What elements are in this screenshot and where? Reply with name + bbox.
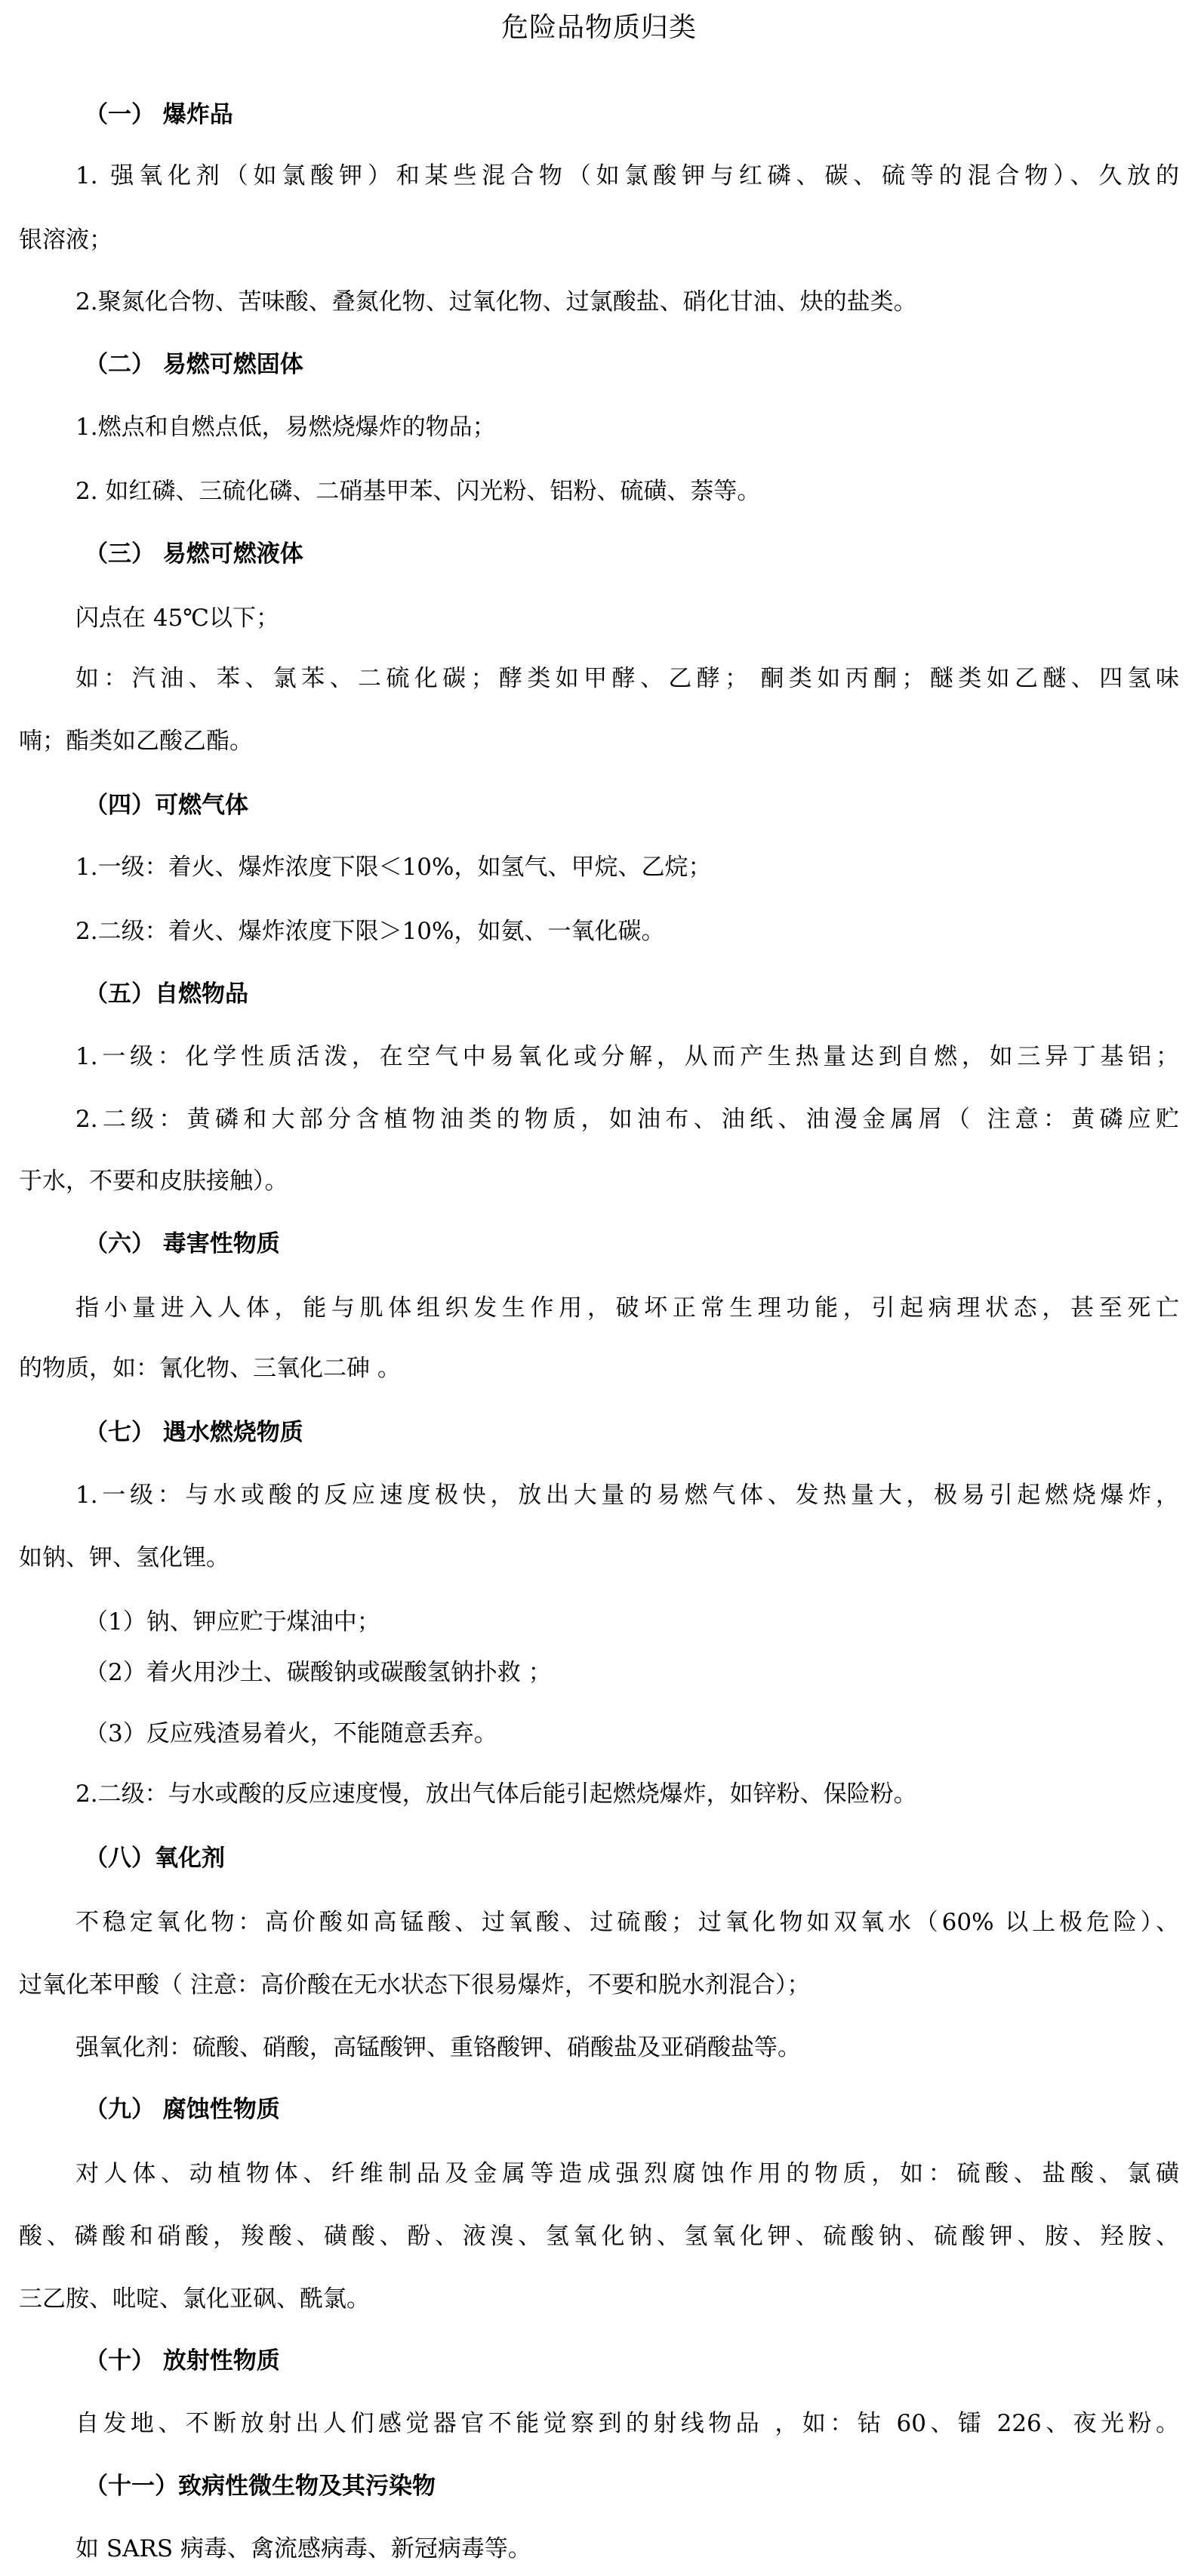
paragraph-line: 1.一级：着火、爆炸浓度下限＜10%，如氢气、甲烷、乙烷； — [75, 852, 711, 882]
section-heading-toxic-substances: （六） 毒害性物质 — [85, 1229, 280, 1259]
section-heading-flammable-gases: （四）可燃气体 — [85, 790, 248, 820]
paragraph-line: 酸、磷酸和硝酸，羧酸、磺酸、酚、液溴、氢氧化钠、氢氧化钾、硫酸钠、硫酸钾、胺、羟… — [19, 2221, 1179, 2251]
paragraph-line: 喃；酯类如乙酸乙酯。 — [19, 726, 253, 756]
sub-item-line: （2）着火用沙土、碳酸钠或碳酸氢钠扑救 ； — [85, 1657, 552, 1688]
document-page: 危险品物质归类 （一） 爆炸品 1. 强氧化剂（如氯酸钾）和某些混合物（如氯酸钾… — [0, 0, 1198, 2576]
paragraph-line: 2.二级：黄磷和大部分含植物油类的物质，如油布、油纸、油漫金属屑（ 注意：黄磷应… — [75, 1104, 1179, 1134]
paragraph-line: 1.一级：与水或酸的反应速度极快，放出大量的易燃气体、发热量大，极易引起燃烧爆炸… — [75, 1480, 1179, 1510]
paragraph-line: 对人体、动植物体、纤维制品及金属等造成强烈腐蚀作用的物质，如：硫酸、盐酸、氯磺 — [75, 2159, 1179, 2189]
paragraph-line: 1. 强氧化剂（如氯酸钾）和某些混合物（如氯酸钾与红磷、碳、硫等的混合物）、久放… — [75, 161, 1179, 191]
paragraph-line: 银溶液； — [19, 225, 112, 255]
paragraph-line: 1.一级：化学性质活泼，在空气中易氧化或分解，从而产生热量达到自燃，如三异丁基铝… — [75, 1042, 1179, 1072]
paragraph-line: 2.聚氮化合物、苦味酸、叠氮化物、过氧化物、过氯酸盐、硝化甘油、炔的盐类。 — [75, 287, 917, 317]
paragraph-line: 三乙胺、吡啶、氯化亚砜、酰氯。 — [19, 2284, 370, 2314]
section-heading-corrosives: （九） 腐蚀性物质 — [85, 2094, 280, 2125]
sub-item-line: （1）钠、钾应贮于煤油中； — [85, 1607, 380, 1637]
paragraph-line: 过氧化苯甲酸（ 注意：高价酸在无水状态下很易爆炸，不要和脱水剂混合）； — [19, 1970, 810, 2000]
section-heading-water-reactive: （七） 遇水燃烧物质 — [85, 1417, 303, 1448]
document-title: 危险品物质归类 — [0, 11, 1198, 45]
section-heading-radioactive: （十） 放射性物质 — [85, 2346, 280, 2376]
section-heading-flammable-solids: （二） 易燃可燃固体 — [85, 349, 303, 380]
paragraph-line: 如：汽油、苯、氯苯、二硫化碳；酵类如甲酵、乙酵； 酮类如丙酮；醚类如乙醚、四氢味 — [75, 663, 1179, 694]
paragraph-line: 于水，不要和皮肤接触）。 — [19, 1166, 288, 1196]
paragraph-line: 2.二级：与水或酸的反应速度慢，放出气体后能引起燃烧爆炸，如锌粉、保险粉。 — [75, 1779, 917, 1809]
section-heading-flammable-liquids: （三） 易燃可燃液体 — [85, 539, 303, 569]
paragraph-line: 指小量进入人体，能与肌体组织发生作用，破坏正常生理功能，引起病理状态，甚至死亡 — [75, 1293, 1179, 1323]
paragraph-line: 如钠、钾、氢化锂。 — [19, 1543, 229, 1573]
paragraph-line: 的物质，如：氰化物、三氧化二砷 。 — [19, 1353, 401, 1383]
paragraph-line: 如 SARS 病毒、禽流感病毒、新冠病毒等。 — [75, 2534, 531, 2564]
section-heading-oxidizers: （八）氧化剂 — [85, 1843, 225, 1873]
paragraph-line: 强氧化剂：硫酸、硝酸，高锰酸钾、重铬酸钾、硝酸盐及亚硝酸盐等。 — [75, 2033, 801, 2063]
section-heading-spontaneous-combustion: （五）自燃物品 — [85, 979, 248, 1009]
paragraph-line: 2.二级：着火、爆炸浓度下限＞10%，如氨、一氧化碳。 — [75, 916, 664, 946]
paragraph-line: 2. 如红磷、三硫化磷、二硝基甲苯、闪光粉、铝粉、硫磺、萘等。 — [75, 476, 760, 506]
paragraph-line: 自发地、不断放射出人们感觉器官不能觉察到的射线物品 ，如：钴 60、镭 226、… — [75, 2408, 1179, 2439]
paragraph-line: 1.燃点和自燃点低，易燃烧爆炸的物品； — [75, 412, 496, 442]
section-heading-explosives: （一） 爆炸品 — [85, 100, 233, 130]
paragraph-line: 闪点在 45℃以下； — [75, 603, 279, 633]
section-heading-pathogens: （十一）致病性微生物及其污染物 — [85, 2471, 436, 2501]
sub-item-line: （3）反应残渣易着火，不能随意丢弃。 — [85, 1719, 497, 1749]
paragraph-line: 不稳定氧化物：高价酸如高锰酸、过氧酸、过硫酸；过氧化物如双氧水（60% 以上极危… — [75, 1907, 1179, 1937]
